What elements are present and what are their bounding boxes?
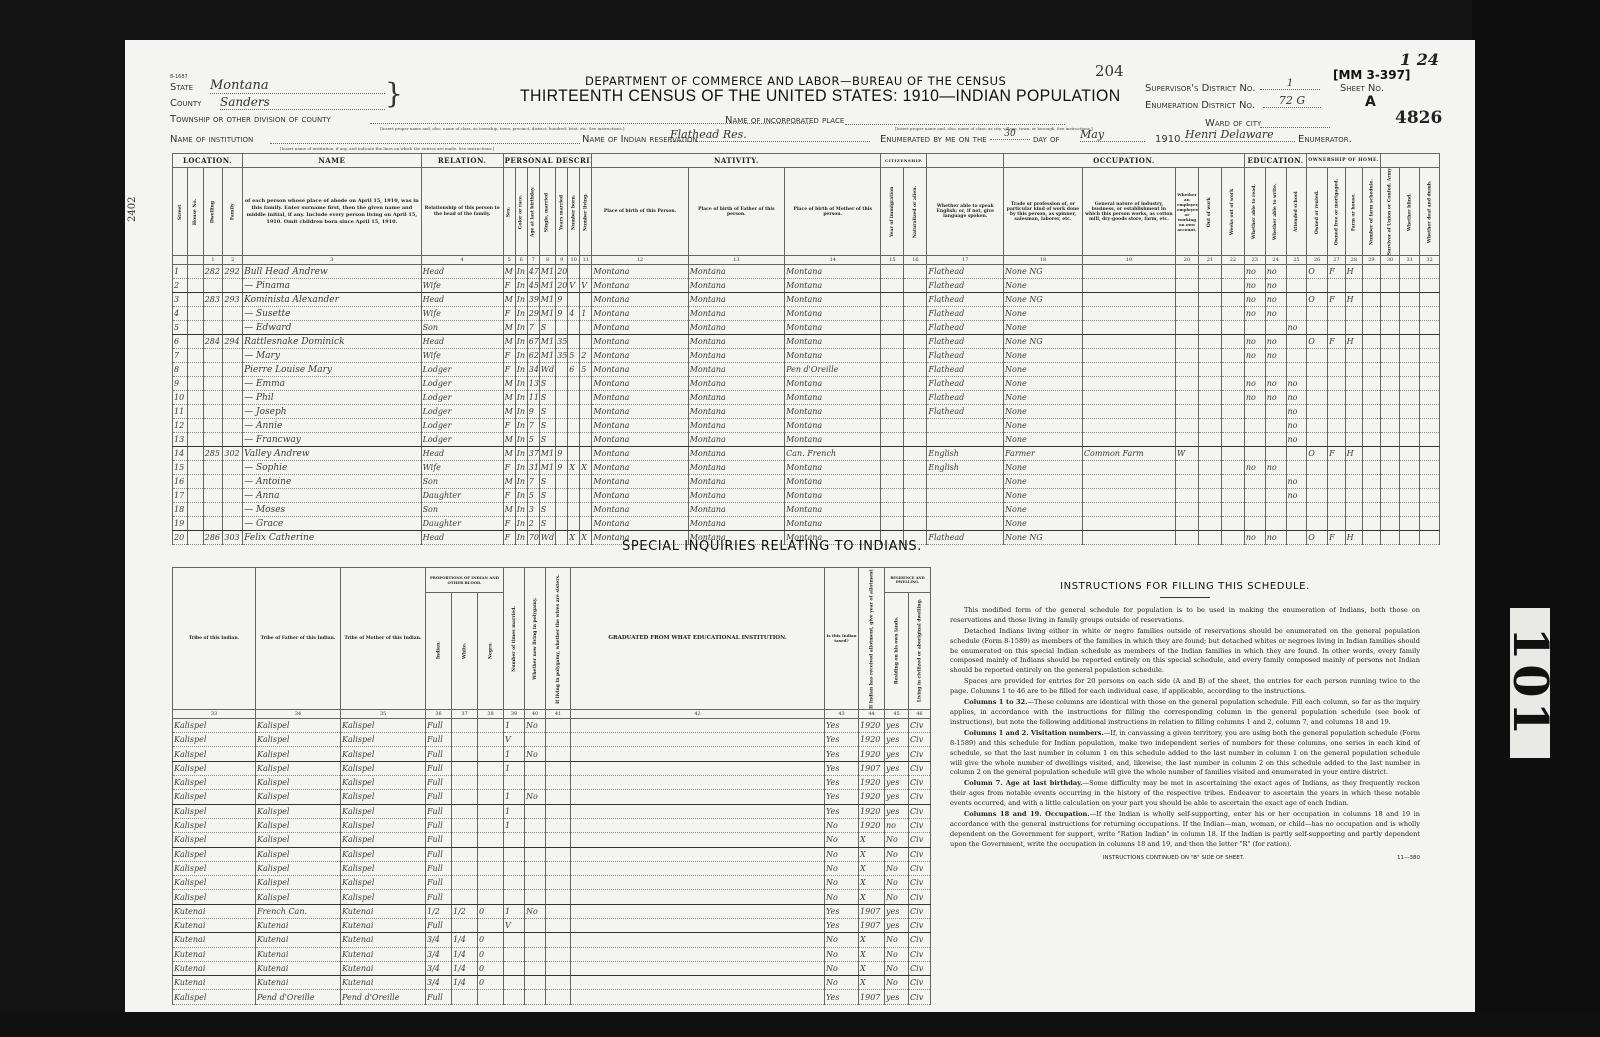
cell-blank: [1400, 349, 1420, 363]
cell-father: Kalispel: [256, 861, 341, 875]
cell-free: [1328, 349, 1346, 363]
cell-trade: None NG: [1004, 265, 1083, 279]
cell-blank: [188, 391, 203, 405]
industry-header: General nature of industry, business, or…: [1082, 168, 1175, 256]
cell-blank: [1198, 391, 1221, 405]
language-header: Whether able to speak English; or, if no…: [927, 168, 1004, 256]
cell-white: [452, 776, 478, 790]
cell-father: Montana: [688, 517, 784, 531]
cell-married: V: [504, 919, 525, 933]
cell-blank: [1420, 503, 1440, 517]
cell-father: Kutenai: [256, 976, 341, 990]
cell-name: — Anna: [243, 489, 421, 503]
cell-married: 1: [504, 818, 525, 832]
cell-allot: X: [859, 833, 885, 847]
birth-person-header: Place of birth of this Person.: [592, 168, 688, 256]
cell-name: — Antoine: [243, 475, 421, 489]
cell-mother: Can. French: [785, 447, 881, 461]
cell-blank: [904, 461, 927, 475]
cell-name: — Joseph: [243, 405, 421, 419]
township-label: Township or other division of county: [170, 114, 331, 125]
cell-blank: [188, 307, 203, 321]
cell-relation: Son: [421, 321, 503, 335]
cell-indian: Full: [426, 847, 452, 861]
cell-write: no: [1265, 335, 1286, 349]
cell-negro: [478, 833, 504, 847]
cell-sex: M: [503, 377, 515, 391]
cell-birth: Montana: [592, 293, 688, 307]
cell-birth: Montana: [592, 335, 688, 349]
cell-school: [1286, 349, 1307, 363]
cell-farm: [1345, 433, 1363, 447]
cell-birth: Montana: [592, 517, 688, 531]
cell-born: [568, 475, 580, 489]
cell-school: [1286, 531, 1307, 545]
cell-blank: [1420, 405, 1440, 419]
cell-mother: Montana: [785, 461, 881, 475]
cell-industry: [1082, 321, 1175, 335]
special-column-numbers-row: 3334 3536 3738 3940 4142 4344 4546: [173, 709, 931, 718]
col-family-number: Family: [223, 168, 243, 256]
cell-married: V: [504, 733, 525, 747]
cell-age: 3: [527, 503, 539, 517]
cell-age: 7: [527, 475, 539, 489]
cell-mother: Kalispel: [341, 718, 426, 732]
col-survivor: Survivor of Union or Confed. Army: [1380, 168, 1400, 256]
row-number: 16: [173, 475, 188, 489]
cell-father: Montana: [688, 503, 784, 517]
cell-race: In: [515, 265, 527, 279]
cell-industry: [1082, 419, 1175, 433]
cell-blank: [1420, 265, 1440, 279]
table-row: 7— MaryWifeFIn62M13552MontanaMontanaMont…: [173, 349, 1440, 363]
cell-white: [452, 861, 478, 875]
cell-name: — Emma: [243, 377, 421, 391]
cell-name: — Annie: [243, 419, 421, 433]
enumeration-label: Enumeration District No.: [1145, 100, 1255, 111]
cell-own: yes: [885, 733, 909, 747]
cell-trade: None: [1004, 503, 1083, 517]
cell-relation: Son: [421, 503, 503, 517]
cell-race: In: [515, 461, 527, 475]
cell-blank: [1198, 489, 1221, 503]
table-row: KalispelKalispelKalispelFullYes1920yesCi…: [173, 776, 931, 790]
cell-negro: 0: [478, 961, 504, 975]
cell-dwell: Civ: [909, 933, 931, 947]
cell-married: 1: [504, 761, 525, 775]
cell-marital: S: [539, 377, 555, 391]
cell-blank: [1198, 405, 1221, 419]
cell-blank: [1198, 503, 1221, 517]
cell-negro: [478, 861, 504, 875]
cell-name: Kominista Alexander: [243, 293, 421, 307]
cell-mother: Montana: [785, 503, 881, 517]
cell-sex: M: [503, 391, 515, 405]
cell-read: [1244, 503, 1265, 517]
column-numbers-row: 12 34 56 78 910 1112 1314 1516 1718 1920…: [173, 256, 1440, 265]
cell-sisters: [546, 904, 571, 918]
cell-blank: [1380, 279, 1400, 293]
cell-birth: Montana: [592, 363, 688, 377]
cell-age: 9: [527, 405, 539, 419]
cell-taxed: Yes: [825, 904, 859, 918]
cell-polygamy: No: [525, 790, 546, 804]
cell-lang: Flathead: [927, 363, 1004, 377]
cell-mother: Montana: [785, 419, 881, 433]
cell-name: — Mary: [243, 349, 421, 363]
cell-relation: Lodger: [421, 419, 503, 433]
cell-father: Montana: [688, 335, 784, 349]
cell-blank: [1198, 461, 1221, 475]
cell-free: [1328, 321, 1346, 335]
cell-years-married: 35: [556, 349, 568, 363]
instructions-p6-lead: Column 7. Age at last birthday.: [964, 779, 1082, 787]
cell-family: [223, 475, 243, 489]
cell-sex: M: [503, 405, 515, 419]
cell-race: In: [515, 475, 527, 489]
cell-industry: [1082, 461, 1175, 475]
cell-blank: [1221, 293, 1244, 307]
cell-allot: X: [859, 961, 885, 975]
cell-blank: [1400, 335, 1420, 349]
cell-farm: [1345, 405, 1363, 419]
cell-allot: 1907: [859, 904, 885, 918]
cell-write: [1265, 419, 1286, 433]
cell-mother: Montana: [785, 405, 881, 419]
cell-white: 1/4: [452, 961, 478, 975]
table-row: KalispelKalispelKalispelFullVYes1920yesC…: [173, 733, 931, 747]
cell-allot: X: [859, 976, 885, 990]
cell-write: [1265, 363, 1286, 377]
cell-sex: M: [503, 321, 515, 335]
cell-employer: [1175, 391, 1198, 405]
cell-write: [1265, 503, 1286, 517]
cell-employer: W: [1175, 447, 1198, 461]
cell-graduated: [571, 976, 825, 990]
cell-dwell: Civ: [909, 947, 931, 961]
cell-blank: [1363, 405, 1381, 419]
cell-father: Montana: [688, 391, 784, 405]
cell-blank: [1400, 475, 1420, 489]
cell-industry: [1082, 517, 1175, 531]
table-row: 1282292Bull Head AndrewHeadMIn47M120Mont…: [173, 265, 1440, 279]
cell-blank: [1221, 307, 1244, 321]
cell-mother: Kutenai: [341, 976, 426, 990]
birth-mother-header: Place of birth of Mother of this person.: [785, 168, 881, 256]
relation-description: Relationship of this person to the head …: [421, 168, 503, 256]
col-house-number: House No.: [188, 168, 203, 256]
cell-age: 7: [527, 321, 539, 335]
cell-years-married: [556, 433, 568, 447]
cell-graduated: [571, 904, 825, 918]
instructions-p7-lead: Columns 18 and 19. Occupation.: [964, 810, 1090, 818]
cell-marital: S: [539, 405, 555, 419]
cell-born: V: [568, 279, 580, 293]
cell-taxed: Yes: [825, 761, 859, 775]
cell-birth: Montana: [592, 391, 688, 405]
cell-negro: [478, 804, 504, 818]
cell-blank: [904, 433, 927, 447]
cell-father: Montana: [688, 265, 784, 279]
cell-blank: [1221, 279, 1244, 293]
cell-blank: [1380, 447, 1400, 461]
cell-years-married: 35: [556, 335, 568, 349]
cell-married: 1: [504, 804, 525, 818]
graduated-header: GRADUATED FROM WHAT EDUCATIONAL INSTITUT…: [571, 568, 825, 710]
cell-age: 31: [527, 461, 539, 475]
cell-dwell: Civ: [909, 890, 931, 904]
col-farm-house: Farm or house.: [1345, 168, 1363, 256]
cell-birth: Montana: [592, 433, 688, 447]
cell-school: no: [1286, 321, 1307, 335]
cell-dwell: Civ: [909, 919, 931, 933]
cell-name: — Susette: [243, 307, 421, 321]
cell-blank: [1363, 391, 1381, 405]
cell-age: 5: [527, 433, 539, 447]
cell-blank: [1221, 503, 1244, 517]
cell-dwelling: 282: [203, 265, 223, 279]
cell-living: V: [580, 279, 592, 293]
cell-mother: Kalispel: [341, 861, 426, 875]
cell-allot: 1907: [859, 919, 885, 933]
cell-sex: M: [503, 503, 515, 517]
instructions-p6: Column 7. Age at last birthday.—Some dif…: [950, 779, 1420, 809]
cell-blank: [188, 293, 203, 307]
cell-tribe: Kalispel: [173, 818, 256, 832]
negro-blood-header: Negro.: [478, 592, 504, 709]
cell-relation: Wife: [421, 307, 503, 321]
cell-sisters: [546, 761, 571, 775]
cell-read: [1244, 321, 1265, 335]
cell-dwell: Civ: [909, 861, 931, 875]
cell-polygamy: [525, 833, 546, 847]
cell-years-married: 9: [556, 461, 568, 475]
cell-blank: [1198, 363, 1221, 377]
cell-blank: [1363, 335, 1381, 349]
cell-living: X: [580, 531, 592, 545]
cell-blank: [904, 517, 927, 531]
cell-own: No: [885, 976, 909, 990]
cell-blank: [904, 475, 927, 489]
col-children-born: Number born.: [568, 168, 580, 256]
cell-employer: [1175, 279, 1198, 293]
col-marital: Single, married: [539, 168, 555, 256]
cell-tribe: Kalispel: [173, 847, 256, 861]
cell-blank: [1363, 503, 1381, 517]
cell-mother: Montana: [785, 391, 881, 405]
cell-relation: Head: [421, 265, 503, 279]
cell-mother: Kalispel: [341, 847, 426, 861]
form-number: [MM 3-397]: [1333, 68, 1410, 82]
group-occupation: OCCUPATION.: [1004, 154, 1245, 168]
cell-blank: [1198, 293, 1221, 307]
table-row: KalispelKalispelKalispelFullNoXNoCiv: [173, 890, 931, 904]
cell-living: [580, 335, 592, 349]
cell-own: No: [885, 876, 909, 890]
cell-mother: Montana: [785, 293, 881, 307]
cell-polygamy: [525, 961, 546, 975]
cell-tribe: Kalispel: [173, 804, 256, 818]
cell-relation: Wife: [421, 461, 503, 475]
cell-allot: 1920: [859, 818, 885, 832]
cell-marital: S: [539, 517, 555, 531]
cell-living: [580, 405, 592, 419]
supervisor-label: Supervisor's District No.: [1145, 83, 1256, 94]
cell-read: no: [1244, 279, 1265, 293]
film-border-left: [0, 0, 125, 1037]
cell-industry: [1082, 489, 1175, 503]
cell-negro: 0: [478, 947, 504, 961]
cell-own: [1307, 377, 1328, 391]
table-row: KalispelKalispelKalispelFullNoXNoCiv: [173, 847, 931, 861]
cell-industry: [1082, 377, 1175, 391]
table-row: 12— AnnieLodgerFIn7SMontanaMontanaMontan…: [173, 419, 1440, 433]
cell-own: yes: [885, 747, 909, 761]
cell-sex: M: [503, 265, 515, 279]
cell-school: no: [1286, 377, 1307, 391]
cell-father: Kalispel: [256, 733, 341, 747]
cell-indian: Full: [426, 833, 452, 847]
cell-indian: 1/2: [426, 904, 452, 918]
cell-blank: [881, 363, 904, 377]
cell-white: [452, 876, 478, 890]
cell-years-married: 9: [556, 447, 568, 461]
cell-farm: [1345, 279, 1363, 293]
cell-sisters: [546, 804, 571, 818]
enumerator-name: Henri Delaware: [1185, 128, 1295, 142]
instructions-continued: INSTRUCTIONS CONTINUED ON "B" SIDE OF SH…: [950, 854, 1420, 864]
cell-blank: [1198, 349, 1221, 363]
cell-relation: Wife: [421, 279, 503, 293]
cell-family: [223, 461, 243, 475]
cell-blank: [1380, 307, 1400, 321]
table-row: 8Pierre Louise MaryLodgerFIn34Wd65Montan…: [173, 363, 1440, 377]
cell-blank: [1400, 293, 1420, 307]
cell-living: X: [580, 461, 592, 475]
county-value: Sanders: [220, 95, 385, 110]
cell-own: O: [1307, 531, 1328, 545]
cell-blank: [1221, 377, 1244, 391]
cell-years-married: [556, 363, 568, 377]
cell-taxed: No: [825, 833, 859, 847]
cell-relation: Head: [421, 447, 503, 461]
cell-own: yes: [885, 776, 909, 790]
cell-blank: [904, 447, 927, 461]
cell-farm: [1345, 349, 1363, 363]
cell-born: [568, 447, 580, 461]
cell-industry: [1082, 279, 1175, 293]
instructions-title: INSTRUCTIONS FOR FILLING THIS SCHEDULE.: [950, 582, 1420, 592]
cell-dwelling: 285: [203, 447, 223, 461]
cell-blank: [904, 363, 927, 377]
cell-blank: [1380, 335, 1400, 349]
table-row: KalispelKalispelKalispelFull1NoYes1920ye…: [173, 718, 931, 732]
cell-father: Montana: [688, 447, 784, 461]
cell-own: [1307, 279, 1328, 293]
cell-free: [1328, 405, 1346, 419]
cell-married: [504, 833, 525, 847]
cell-married: [504, 847, 525, 861]
cell-mother: Kutenai: [341, 933, 426, 947]
cell-free: [1328, 419, 1346, 433]
cell-employer: [1175, 293, 1198, 307]
cell-own: [1307, 433, 1328, 447]
cell-family: [223, 503, 243, 517]
cell-mother: Montana: [785, 335, 881, 349]
cell-graduated: [571, 790, 825, 804]
row-number: 4: [173, 307, 188, 321]
cell-dwelling: [203, 517, 223, 531]
cell-tribe: Kalispel: [173, 761, 256, 775]
cell-relation: Son: [421, 475, 503, 489]
cell-blank: [881, 391, 904, 405]
county-label: County: [170, 98, 201, 109]
cell-blank: [188, 349, 203, 363]
cell-graduated: [571, 847, 825, 861]
cell-blank: [881, 335, 904, 349]
cell-father: French Can.: [256, 904, 341, 918]
page-title: THIRTEENTH CENSUS OF THE UNITED STATES: …: [520, 86, 1121, 106]
cell-polygamy: [525, 919, 546, 933]
cell-family: [223, 405, 243, 419]
cell-own: yes: [885, 790, 909, 804]
brace-icon: }: [385, 80, 403, 108]
cell-mother: Montana: [785, 349, 881, 363]
cell-negro: [478, 747, 504, 761]
cell-write: [1265, 405, 1286, 419]
cell-read: no: [1244, 461, 1265, 475]
cell-born: X: [568, 531, 580, 545]
cell-own: [1307, 349, 1328, 363]
cell-sex: F: [503, 279, 515, 293]
cell-blank: [1380, 377, 1400, 391]
cell-born: 5: [568, 349, 580, 363]
cell-tribe: Kalispel: [173, 833, 256, 847]
cell-marital: Wd: [539, 531, 555, 545]
cell-blank: [188, 335, 203, 349]
cell-employer: [1175, 335, 1198, 349]
cell-read: no: [1244, 307, 1265, 321]
cell-tribe: Kalispel: [173, 790, 256, 804]
cell-mother: Kutenai: [341, 961, 426, 975]
ward-field: [1260, 118, 1330, 128]
cell-blank: [1380, 531, 1400, 545]
cell-graduated: [571, 876, 825, 890]
cell-living: [580, 433, 592, 447]
cell-mother: Kalispel: [341, 747, 426, 761]
table-row: KalispelPend d'OreillePend d'OreilleFull…: [173, 990, 931, 1004]
enumerator-label: Enumerator.: [1298, 134, 1352, 145]
cell-free: F: [1328, 447, 1346, 461]
cell-living: [580, 293, 592, 307]
cell-own: yes: [885, 804, 909, 818]
cell-blank: [881, 433, 904, 447]
cell-lang: English: [927, 461, 1004, 475]
cell-age: 67: [527, 335, 539, 349]
instructions-p7: Columns 18 and 19. Occupation.—If the In…: [950, 810, 1420, 850]
cell-blank: [881, 321, 904, 335]
cell-allot: 1920: [859, 747, 885, 761]
cell-relation: Daughter: [421, 517, 503, 531]
row-number: 3: [173, 293, 188, 307]
row-number: 20: [173, 531, 188, 545]
cell-graduated: [571, 804, 825, 818]
cell-blank: [1363, 307, 1381, 321]
cell-free: [1328, 307, 1346, 321]
cell-race: In: [515, 447, 527, 461]
cell-industry: [1082, 293, 1175, 307]
cell-blank: [904, 349, 927, 363]
